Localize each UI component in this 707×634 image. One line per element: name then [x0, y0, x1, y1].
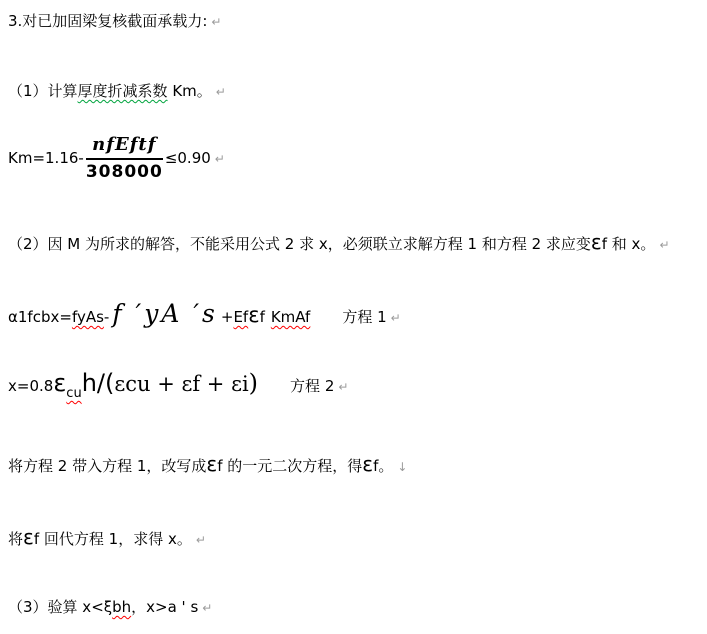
- epsilon-symbol: ε: [53, 367, 66, 399]
- paragraph-mark: ↵: [659, 237, 669, 253]
- para-substitute-p1: 将方程 2 带入方程 1，改写成: [8, 456, 206, 476]
- eq1-Ef-flagged: Ef: [233, 307, 248, 327]
- eq1-lhs: α1fcbx=: [8, 307, 72, 327]
- step3-line: （3）验算 x<ξ bh ，x>a ' s ↵: [8, 597, 212, 617]
- step1-pre: （1）计算: [8, 81, 78, 101]
- step2-post: f 和 x。: [602, 234, 656, 254]
- eq2-h-over-open: h/(: [82, 367, 115, 399]
- epsilon-symbol: ε: [206, 451, 217, 478]
- equation-1: α1fcbx= fyAs - f ′yA ′s + Ef ε f KmAf 方程…: [8, 297, 401, 331]
- paragraph-mark: ↵: [202, 600, 212, 616]
- eq2-label: 方程 2: [290, 376, 334, 396]
- eq1-plus: +: [221, 307, 234, 327]
- eq2-cu-subscript-flagged: cu: [66, 385, 81, 403]
- paragraph-mark: ↵: [211, 14, 221, 30]
- eq2-lhs: x=0.8: [8, 376, 53, 396]
- paragraph-mark: ↵: [215, 151, 225, 167]
- paragraph-mark: ↵: [196, 532, 206, 548]
- eq1-eps-sub: f: [260, 307, 265, 327]
- epsilon-symbol: ε: [591, 229, 602, 256]
- eq1-KmAf-flagged: KmAf: [271, 307, 310, 327]
- fraction-numerator: nfEftf: [86, 133, 162, 160]
- eq2-close-paren: ): [249, 367, 258, 399]
- paragraph-mark: ↵: [338, 379, 348, 395]
- eq2-strain-sum: εcu + εf + εi: [114, 370, 248, 398]
- km-formula-rhs: ≤0.90: [165, 148, 211, 168]
- document-page: 3.对已加固梁复核截面承载力: ↵ （1）计算 厚度折减系数 Km。 ↵ Km=…: [0, 0, 707, 634]
- step3-p2: ，x>a ' s: [131, 597, 198, 617]
- heading-text: 3.对已加固梁复核截面承载力:: [8, 11, 207, 31]
- equation-2: x=0.8 ε cu h/( εcu + εf + εi ) 方程 2 ↵: [8, 367, 348, 399]
- eq1-label: 方程 1: [342, 307, 386, 327]
- step1-grammar-flagged: 厚度折减系数: [78, 81, 168, 101]
- eq1-math-italic: f ′yA ′s: [112, 297, 218, 331]
- step3-p1: （3）验算 x<ξ: [8, 597, 112, 617]
- step2-pre: （2）因 M 为所求的解答，不能采用公式 2 求 x，必须联立求解方程 1 和方…: [8, 234, 591, 254]
- step3-bh-flagged: bh: [112, 597, 131, 617]
- eq1-minus: -: [104, 307, 109, 327]
- step1-line: （1）计算 厚度折减系数 Km。 ↵: [8, 81, 226, 101]
- epsilon-symbol: ε: [23, 524, 34, 551]
- para-backsub-p1: 将: [8, 529, 23, 549]
- para-substitute-p2: f 的一元二次方程，得: [217, 456, 362, 476]
- paragraph-mark: ↵: [216, 84, 226, 100]
- para-substitute: 将方程 2 带入方程 1，改写成 ε f 的一元二次方程，得 ε f。 ↓: [8, 451, 407, 478]
- heading-section-3: 3.对已加固梁复核截面承载力: ↵: [8, 11, 221, 31]
- km-formula-lhs: Km=1.16-: [8, 148, 84, 168]
- para-substitute-p3: f。: [373, 456, 393, 476]
- epsilon-symbol: ε: [362, 451, 373, 478]
- step1-post: Km。: [168, 81, 212, 101]
- fraction-denominator: 308000: [86, 160, 163, 184]
- step2-line: （2）因 M 为所求的解答，不能采用公式 2 求 x，必须联立求解方程 1 和方…: [8, 229, 670, 256]
- line-break-mark: ↓: [397, 459, 407, 475]
- km-formula: Km=1.16- nfEftf 308000 ≤0.90 ↵: [8, 133, 225, 184]
- para-backsub: 将 ε f 回代方程 1，求得 x。 ↵: [8, 524, 206, 551]
- km-formula-fraction: nfEftf 308000: [86, 133, 163, 184]
- para-backsub-p2: f 回代方程 1，求得 x。: [34, 529, 192, 549]
- paragraph-mark: ↵: [391, 310, 401, 326]
- epsilon-symbol: ε: [248, 301, 259, 329]
- eq1-fyAs-flagged: fyAs: [72, 307, 104, 327]
